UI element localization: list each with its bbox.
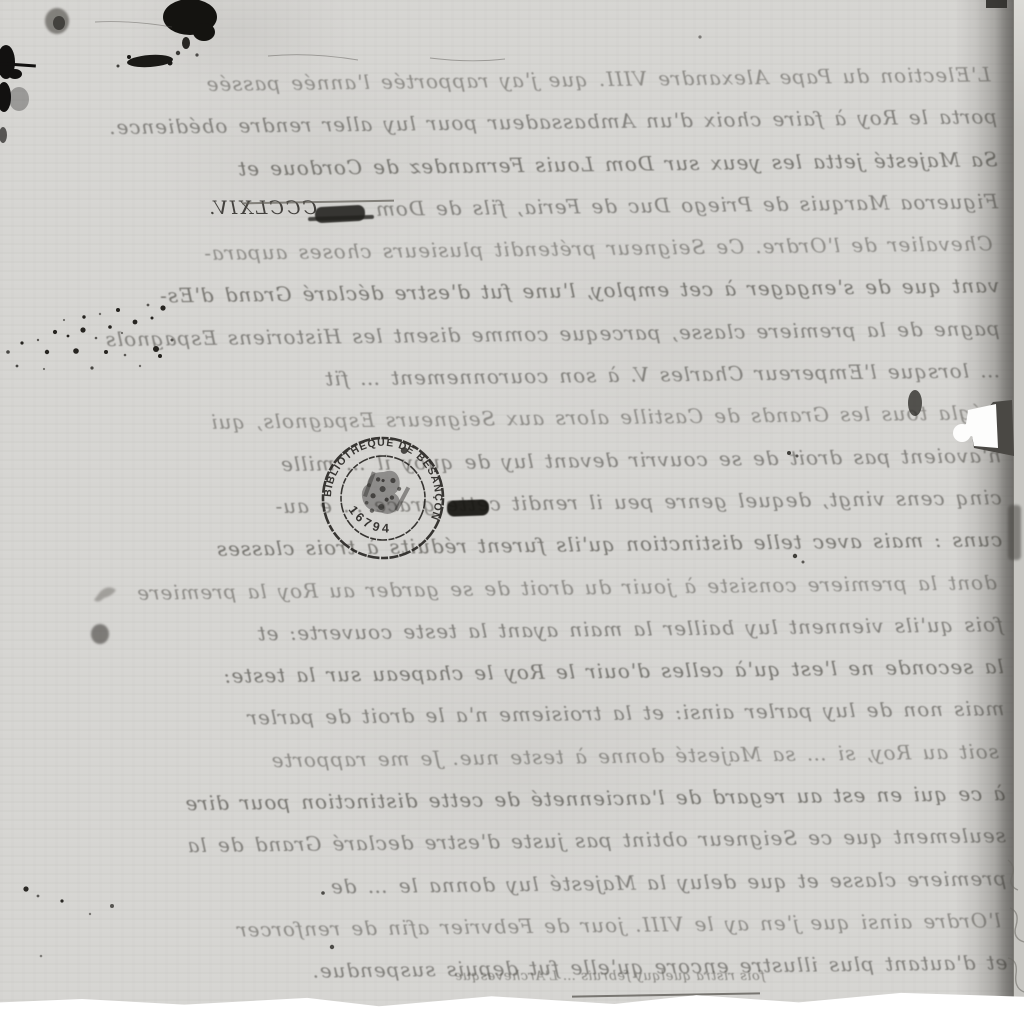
mid-left-smudges: [91, 587, 116, 644]
ink-blot-left-edge: [0, 45, 36, 143]
footer-words: … L'Archevesque: [454, 969, 581, 984]
ink-blot-top-left-large: [163, 0, 217, 57]
corner-dark-mark: [986, 0, 1007, 8]
library-stamp: BIBLIOTHEQUE DE BESANÇON 16794: [313, 428, 453, 568]
manuscript-line: et d'autant plus illustre encore qu'elle…: [223, 941, 1007, 993]
paper-scratch-lines: [95, 22, 505, 61]
strikethrough-blot: [447, 499, 490, 516]
edge-writing-fragments: [1004, 850, 1024, 1010]
footer-underline-stroke: [572, 992, 760, 997]
ink-blot-gray-smudge: [45, 8, 69, 34]
edge-smudge: [1008, 505, 1021, 560]
manuscript-scan-page: L'Election du Pape Alexandre VIII. que j…: [0, 0, 1024, 1013]
footer-underlined-words: fois ristra quelquy februis: [581, 969, 765, 984]
ink-blot-streak: [117, 53, 174, 68]
footer-annotation: fois ristra quelquy februis … L'Archeves…: [295, 969, 765, 984]
